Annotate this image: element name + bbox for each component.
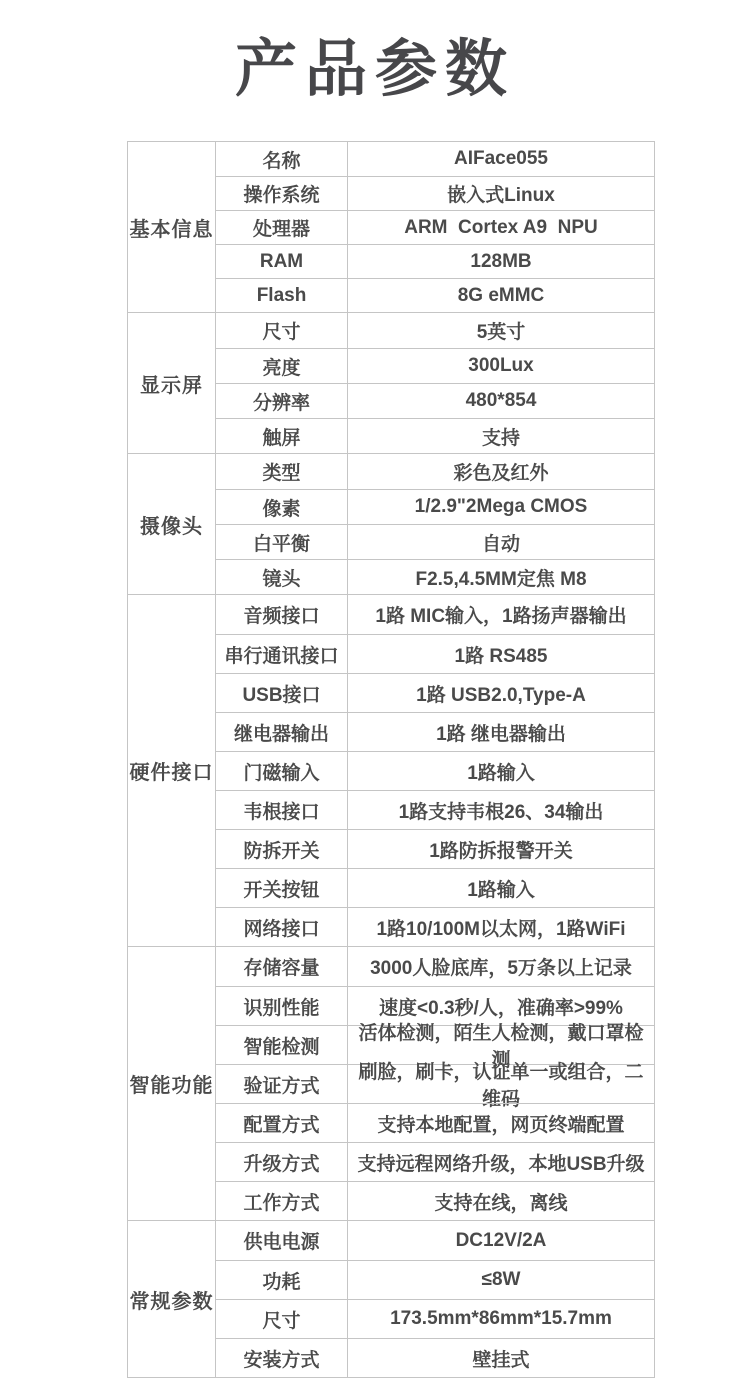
spec-row-value: 自动 [348,524,654,559]
section-category-label: 摄像头 [128,454,216,594]
spec-row-value: 支持远程网络升级，本地USB升级 [348,1142,654,1181]
spec-row-label: 继电器输出 [216,712,348,751]
spec-row-label: 升级方式 [216,1142,348,1181]
spec-row-value: 1路 USB2.0,Type-A [348,673,654,712]
spec-row-value: ARM Cortex A9 NPU [348,210,654,244]
spec-row-value: 嵌入式Linux [348,176,654,210]
spec-row-value: 1路输入 [348,751,654,790]
spec-row-label: 名称 [216,142,348,176]
spec-row-label: USB接口 [216,673,348,712]
spec-row-label: 尺寸 [216,313,348,348]
spec-row-value: 彩色及红外 [348,454,654,489]
spec-row-label: 防拆开关 [216,829,348,868]
spec-section: 智能功能存储容量3000人脸底库，5万条以上记录识别性能速度<0.3秒/人，准确… [128,946,654,1220]
spec-row-value: 128MB [348,244,654,278]
spec-row-value: 刷脸，刷卡，认证单一或组合，二维码 [348,1064,654,1103]
spec-row-label: 镜头 [216,559,348,594]
spec-row-label: 功耗 [216,1260,348,1299]
spec-row-value: 1路10/100M以太网，1路WiFi [348,907,654,946]
page-title: 产品参数 [0,36,750,104]
spec-row-label: 音频接口 [216,595,348,634]
spec-row-value: 1路 MIC输入，1路扬声器输出 [348,595,654,634]
spec-section: 基本信息名称AIFace055操作系统嵌入式Linux处理器ARM Cortex… [128,142,654,312]
spec-row-label: 开关按钮 [216,868,348,907]
spec-row-value: 300Lux [348,348,654,383]
spec-row-label: 触屏 [216,418,348,453]
spec-row-label: 操作系统 [216,176,348,210]
spec-row-value: 1路 RS485 [348,634,654,673]
spec-row-label: 亮度 [216,348,348,383]
spec-row-value: F2.5,4.5MM定焦 M8 [348,559,654,594]
spec-row-label: 门磁输入 [216,751,348,790]
spec-section: 常规参数供电电源DC12V/2A功耗≤8W尺寸173.5mm*86mm*15.7… [128,1220,654,1377]
spec-row-label: 供电电源 [216,1221,348,1260]
spec-row-value: 480*854 [348,383,654,418]
spec-row-value: 3000人脸底库，5万条以上记录 [348,947,654,986]
spec-row-label: 像素 [216,489,348,524]
spec-row-label: 识别性能 [216,986,348,1025]
spec-row-value: 支持本地配置，网页终端配置 [348,1103,654,1142]
spec-row-value: 壁挂式 [348,1338,654,1377]
spec-section: 硬件接口音频接口1路 MIC输入，1路扬声器输出串行通讯接口1路 RS485US… [128,594,654,946]
spec-row-label: 配置方式 [216,1103,348,1142]
spec-row-value: 173.5mm*86mm*15.7mm [348,1299,654,1338]
spec-row-label: 存储容量 [216,947,348,986]
section-category-label: 常规参数 [128,1221,216,1377]
spec-row-label: 智能检测 [216,1025,348,1064]
spec-row-value: 1路输入 [348,868,654,907]
spec-row-value: 1路支持韦根26、34输出 [348,790,654,829]
spec-section: 显示屏尺寸5英寸亮度300Lux分辨率480*854触屏支持 [128,312,654,453]
section-category-label: 智能功能 [128,947,216,1220]
spec-row-label: 网络接口 [216,907,348,946]
spec-row-label: 串行通讯接口 [216,634,348,673]
spec-row-label: 韦根接口 [216,790,348,829]
spec-row-label: 安装方式 [216,1338,348,1377]
spec-row-value: 1/2.9"2Mega CMOS [348,489,654,524]
spec-row-label: 处理器 [216,210,348,244]
spec-row-value: DC12V/2A [348,1221,654,1260]
spec-row-label: 分辨率 [216,383,348,418]
spec-row-value: 1路 继电器输出 [348,712,654,751]
spec-row-label: Flash [216,278,348,312]
spec-row-value: 支持 [348,418,654,453]
section-category-label: 硬件接口 [128,595,216,946]
spec-row-value: AIFace055 [348,142,654,176]
product-spec-table: 基本信息名称AIFace055操作系统嵌入式Linux处理器ARM Cortex… [127,141,655,1378]
spec-row-value: ≤8W [348,1260,654,1299]
section-category-label: 基本信息 [128,142,216,312]
spec-row-label: 白平衡 [216,524,348,559]
spec-row-label: 工作方式 [216,1181,348,1220]
section-category-label: 显示屏 [128,313,216,453]
spec-row-label: RAM [216,244,348,278]
spec-row-value: 1路防拆报警开关 [348,829,654,868]
spec-row-value: 支持在线，离线 [348,1181,654,1220]
spec-section: 摄像头类型彩色及红外像素1/2.9"2Mega CMOS白平衡自动镜头F2.5,… [128,453,654,594]
spec-row-value: 8G eMMC [348,278,654,312]
spec-row-label: 尺寸 [216,1299,348,1338]
spec-row-value: 5英寸 [348,313,654,348]
spec-row-label: 验证方式 [216,1064,348,1103]
spec-row-label: 类型 [216,454,348,489]
